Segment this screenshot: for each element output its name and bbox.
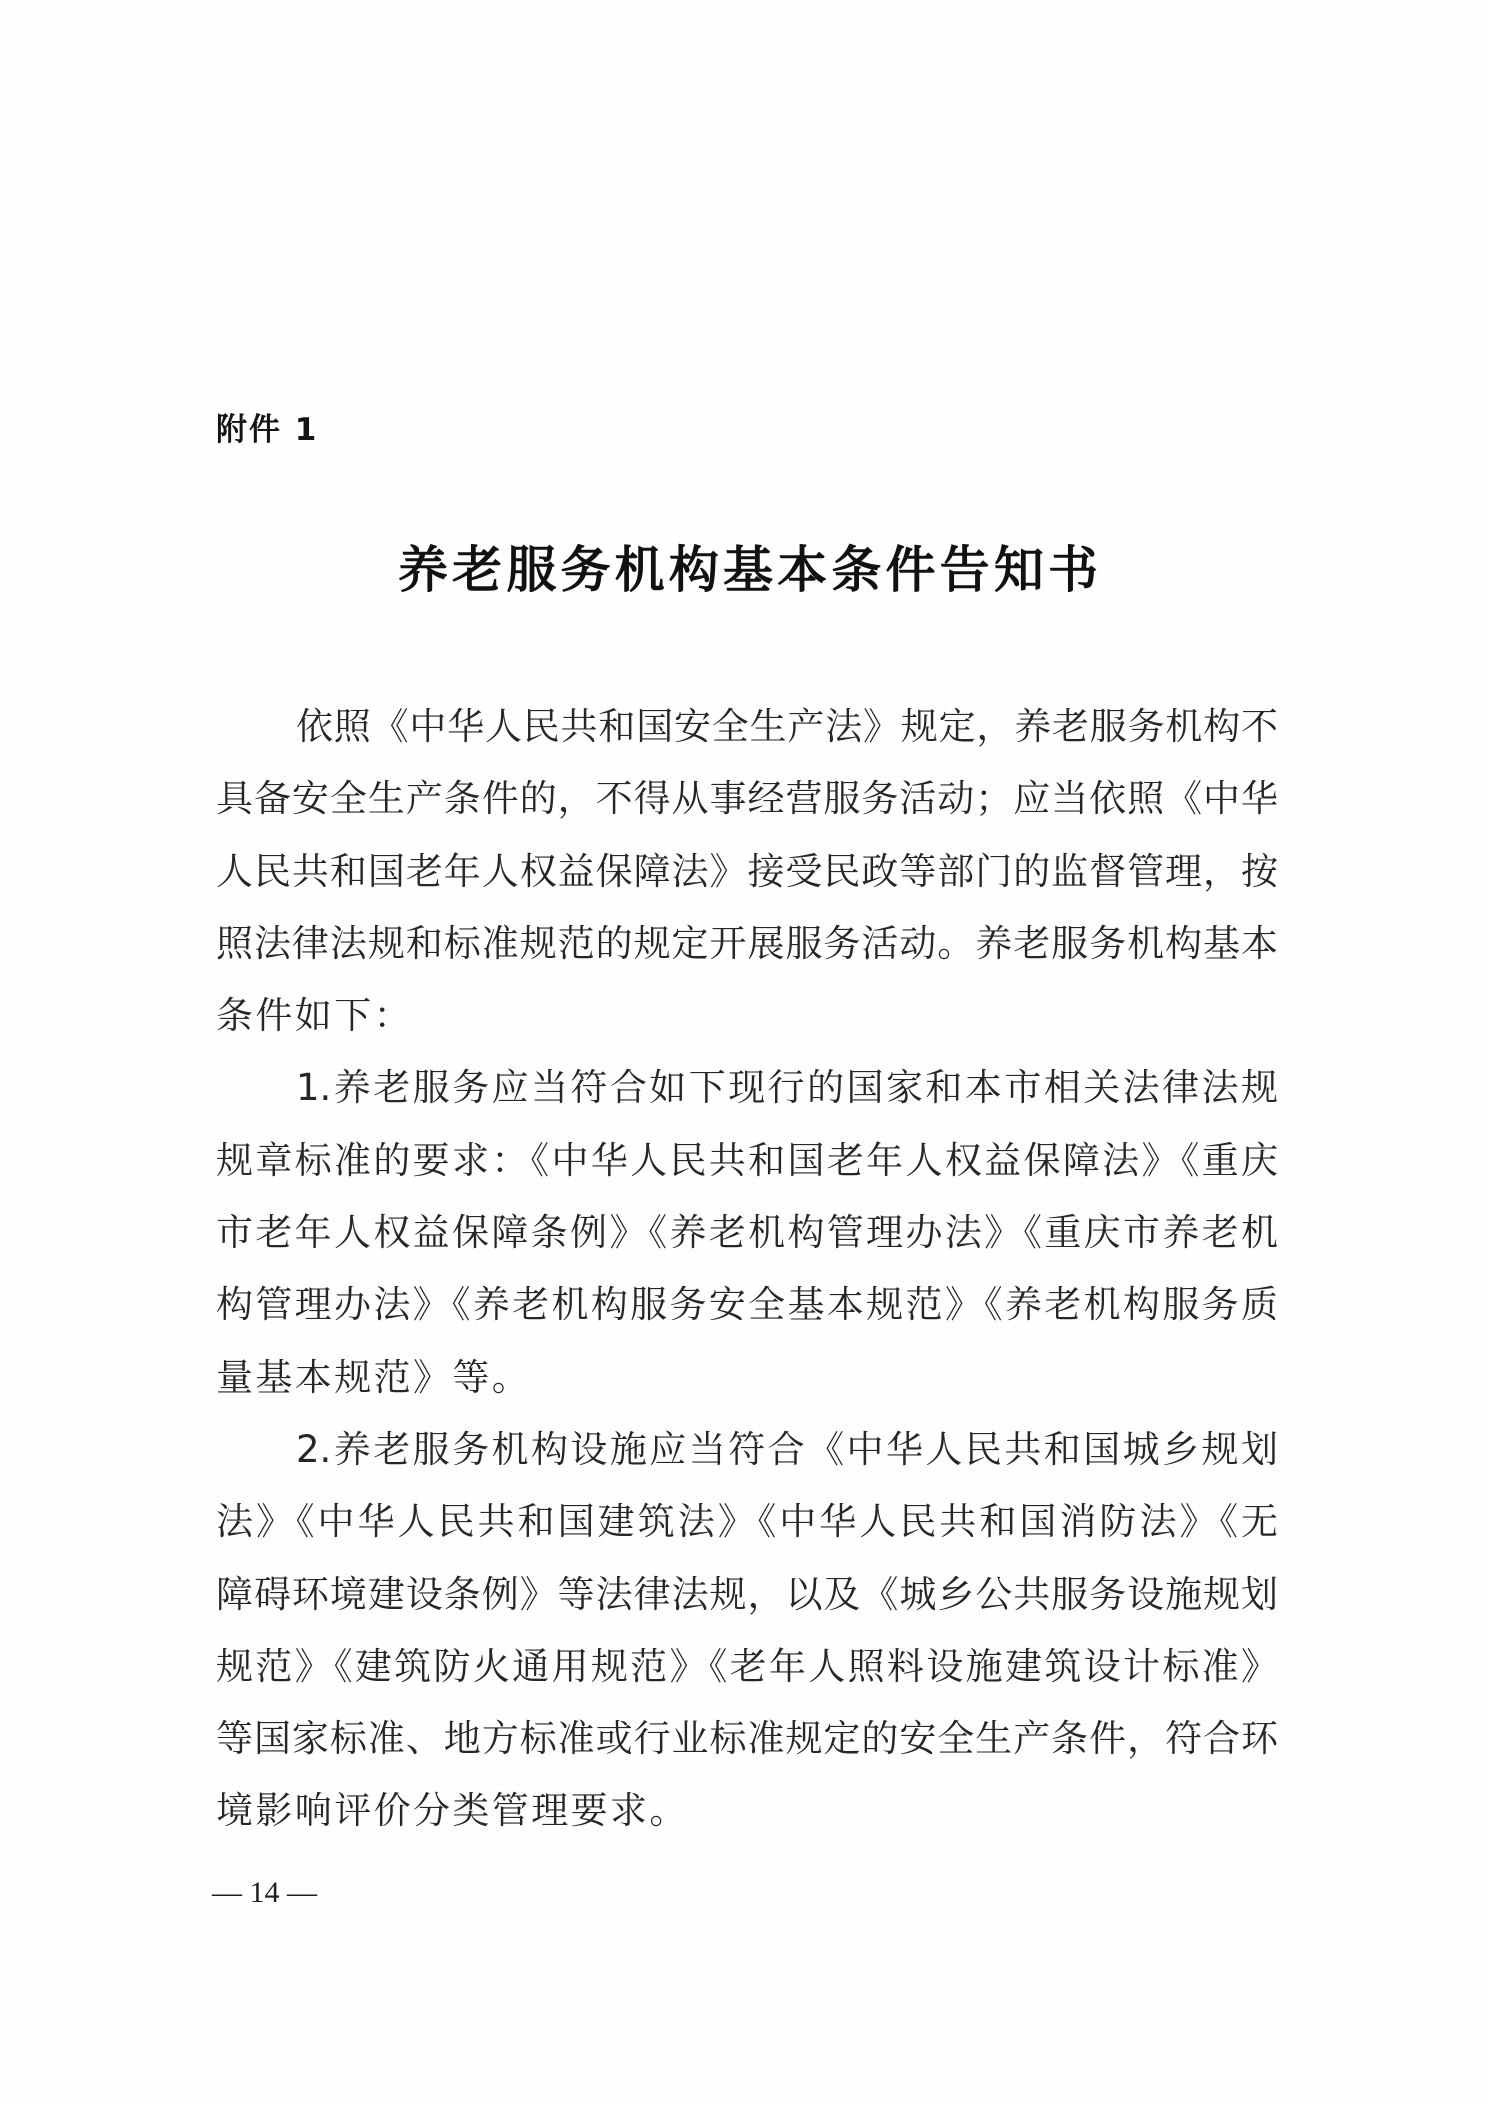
paragraph-line: 规范》《建筑防火通用规范》《老年人照料设施建筑设计标准》 <box>216 1644 1278 1716</box>
paragraph-line: 2.养老服务机构设施应当符合《中华人民共和国城乡规划 <box>216 1427 1278 1499</box>
document-title: 养老服务机构基本条件告知书 <box>398 538 1098 602</box>
paragraph-line: 规章标准的要求：《中华人民共和国老年人权益保障法》《重庆 <box>216 1138 1278 1210</box>
paragraph-line: 构管理办法》《养老机构服务安全基本规范》《养老机构服务质 <box>216 1282 1278 1354</box>
document-page: 附件 1 养老服务机构基本条件告知书 依照《中华人民共和国安全生产法》规定，养老… <box>0 0 1488 2104</box>
paragraph-line: 市老年人权益保障条例》《养老机构管理办法》《重庆市养老机 <box>216 1210 1278 1282</box>
paragraph-intro: 依照《中华人民共和国安全生产法》规定，养老服务机构不 具备安全生产条件的，不得从… <box>216 704 1278 1065</box>
paragraph-line: 法》《中华人民共和国建筑法》《中华人民共和国消防法》《无 <box>216 1499 1278 1571</box>
paragraph-line: 人民共和国老年人权益保障法》接受民政等部门的监督管理，按 <box>216 849 1278 921</box>
paragraph-item-2: 2.养老服务机构设施应当符合《中华人民共和国城乡规划 法》《中华人民共和国建筑法… <box>216 1427 1278 1861</box>
document-body: 依照《中华人民共和国安全生产法》规定，养老服务机构不 具备安全生产条件的，不得从… <box>216 704 1278 1861</box>
page-number: — 14 — <box>212 1875 317 1911</box>
paragraph-line: 障碍环境建设条例》等法律法规，以及《城乡公共服务设施规划 <box>216 1572 1278 1644</box>
paragraph-line: 依照《中华人民共和国安全生产法》规定，养老服务机构不 <box>216 704 1278 776</box>
paragraph-line: 1.养老服务应当符合如下现行的国家和本市相关法律法规 <box>216 1065 1278 1137</box>
attachment-label: 附件 1 <box>216 408 318 452</box>
paragraph-line: 境影响评价分类管理要求。 <box>216 1788 1278 1860</box>
paragraph-line: 等国家标准、地方标准或行业标准规定的安全生产条件，符合环 <box>216 1716 1278 1788</box>
paragraph-line: 照法律法规和标准规范的规定开展服务活动。养老服务机构基本 <box>216 921 1278 993</box>
paragraph-item-1: 1.养老服务应当符合如下现行的国家和本市相关法律法规 规章标准的要求：《中华人民… <box>216 1065 1278 1426</box>
paragraph-line: 具备安全生产条件的，不得从事经营服务活动；应当依照《中华 <box>216 776 1278 848</box>
paragraph-line: 条件如下： <box>216 993 1278 1065</box>
paragraph-line: 量基本规范》等。 <box>216 1355 1278 1427</box>
